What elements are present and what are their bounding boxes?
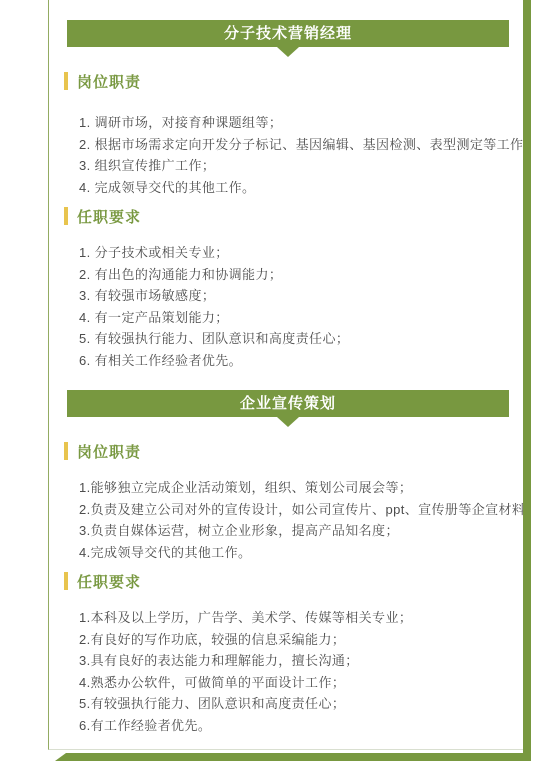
job-title-banner: 企业宣传策划 xyxy=(67,390,509,417)
requirements-list: 1.本科及以上学历，广告学、美术学、传媒等相关专业； 2.有良好的写作功底，较强… xyxy=(79,607,523,736)
green-bottom-band xyxy=(55,753,531,761)
duties-heading: 岗位职责 xyxy=(64,71,523,91)
duties-list: 1. 调研市场，对接育种课题组等； 2. 根据市场需求定向开发分子标记、基因编辑… xyxy=(79,112,523,198)
content-card: 分子技术营销经理 岗位职责 1. 调研市场，对接育种课题组等； 2. 根据市场需… xyxy=(48,0,523,750)
list-item: 1. 分子技术或相关专业； xyxy=(79,242,523,264)
list-item: 1.能够独立完成企业活动策划，组织、策划公司展会等； xyxy=(79,477,523,499)
list-item: 6. 有相关工作经验者优先。 xyxy=(79,350,523,372)
requirements-heading-text: 任职要求 xyxy=(77,206,141,227)
section-banner-wrap: 分子技术营销经理 xyxy=(67,20,509,57)
duties-list: 1.能够独立完成企业活动策划，组织、策划公司展会等； 2.负责及建立公司对外的宣… xyxy=(79,477,523,563)
section-banner-wrap: 企业宣传策划 xyxy=(67,390,509,427)
job-section-molecular-marketing-manager: 分子技术营销经理 岗位职责 1. 调研市场，对接育种课题组等； 2. 根据市场需… xyxy=(49,20,523,371)
list-item: 2.负责及建立公司对外的宣传设计，如公司宣传片、ppt、宣传册等企宣材料； xyxy=(79,499,523,521)
requirements-list: 1. 分子技术或相关专业； 2. 有出色的沟通能力和协调能力； 3. 有较强市场… xyxy=(79,242,523,371)
list-item: 1.本科及以上学历，广告学、美术学、传媒等相关专业； xyxy=(79,607,523,629)
list-item: 5. 有较强执行能力、团队意识和高度责任心； xyxy=(79,328,523,350)
job-title-banner: 分子技术营销经理 xyxy=(67,20,509,47)
duties-heading-text: 岗位职责 xyxy=(77,441,141,462)
list-item: 2. 有出色的沟通能力和协调能力； xyxy=(79,264,523,286)
recruitment-article-page: 分子技术营销经理 岗位职责 1. 调研市场，对接育种课题组等； 2. 根据市场需… xyxy=(0,0,551,761)
list-item: 5.有较强执行能力、团队意识和高度责任心； xyxy=(79,693,523,715)
list-item: 3.具有良好的表达能力和理解能力，擅长沟通； xyxy=(79,650,523,672)
requirements-heading-text: 任职要求 xyxy=(77,571,141,592)
duties-heading-text: 岗位职责 xyxy=(77,71,141,92)
requirements-heading: 任职要求 xyxy=(64,571,523,591)
list-item: 3. 有较强市场敏感度； xyxy=(79,285,523,307)
job-section-corporate-publicity-planner: 企业宣传策划 岗位职责 1.能够独立完成企业活动策划，组织、策划公司展会等； 2… xyxy=(49,390,523,736)
list-item: 4.熟悉办公软件，可做简单的平面设计工作； xyxy=(79,672,523,694)
banner-pointer-triangle xyxy=(277,417,299,427)
yellow-accent-bar xyxy=(64,72,68,90)
list-item: 1. 调研市场，对接育种课题组等； xyxy=(79,112,523,134)
requirements-heading: 任职要求 xyxy=(64,206,523,226)
list-item: 2.有良好的写作功底，较强的信息采编能力； xyxy=(79,629,523,651)
duties-heading: 岗位职责 xyxy=(64,441,523,461)
green-right-stripe xyxy=(523,0,531,761)
banner-pointer-triangle xyxy=(277,47,299,57)
yellow-accent-bar xyxy=(64,572,68,590)
yellow-accent-bar xyxy=(64,442,68,460)
list-item: 3. 组织宣传推广工作； xyxy=(79,155,523,177)
list-item: 3.负责自媒体运营，树立企业形象，提高产品知名度； xyxy=(79,520,523,542)
yellow-accent-bar xyxy=(64,207,68,225)
job-title-text: 分子技术营销经理 xyxy=(224,25,352,42)
list-item: 6.有工作经验者优先。 xyxy=(79,715,523,737)
list-item: 4. 完成领导交代的其他工作。 xyxy=(79,177,523,199)
job-title-text: 企业宣传策划 xyxy=(240,395,336,412)
list-item: 4.完成领导交代的其他工作。 xyxy=(79,542,523,564)
list-item: 4. 有一定产品策划能力； xyxy=(79,307,523,329)
list-item: 2. 根据市场需求定向开发分子标记、基因编辑、基因检测、表型测定等工作； xyxy=(79,134,523,156)
